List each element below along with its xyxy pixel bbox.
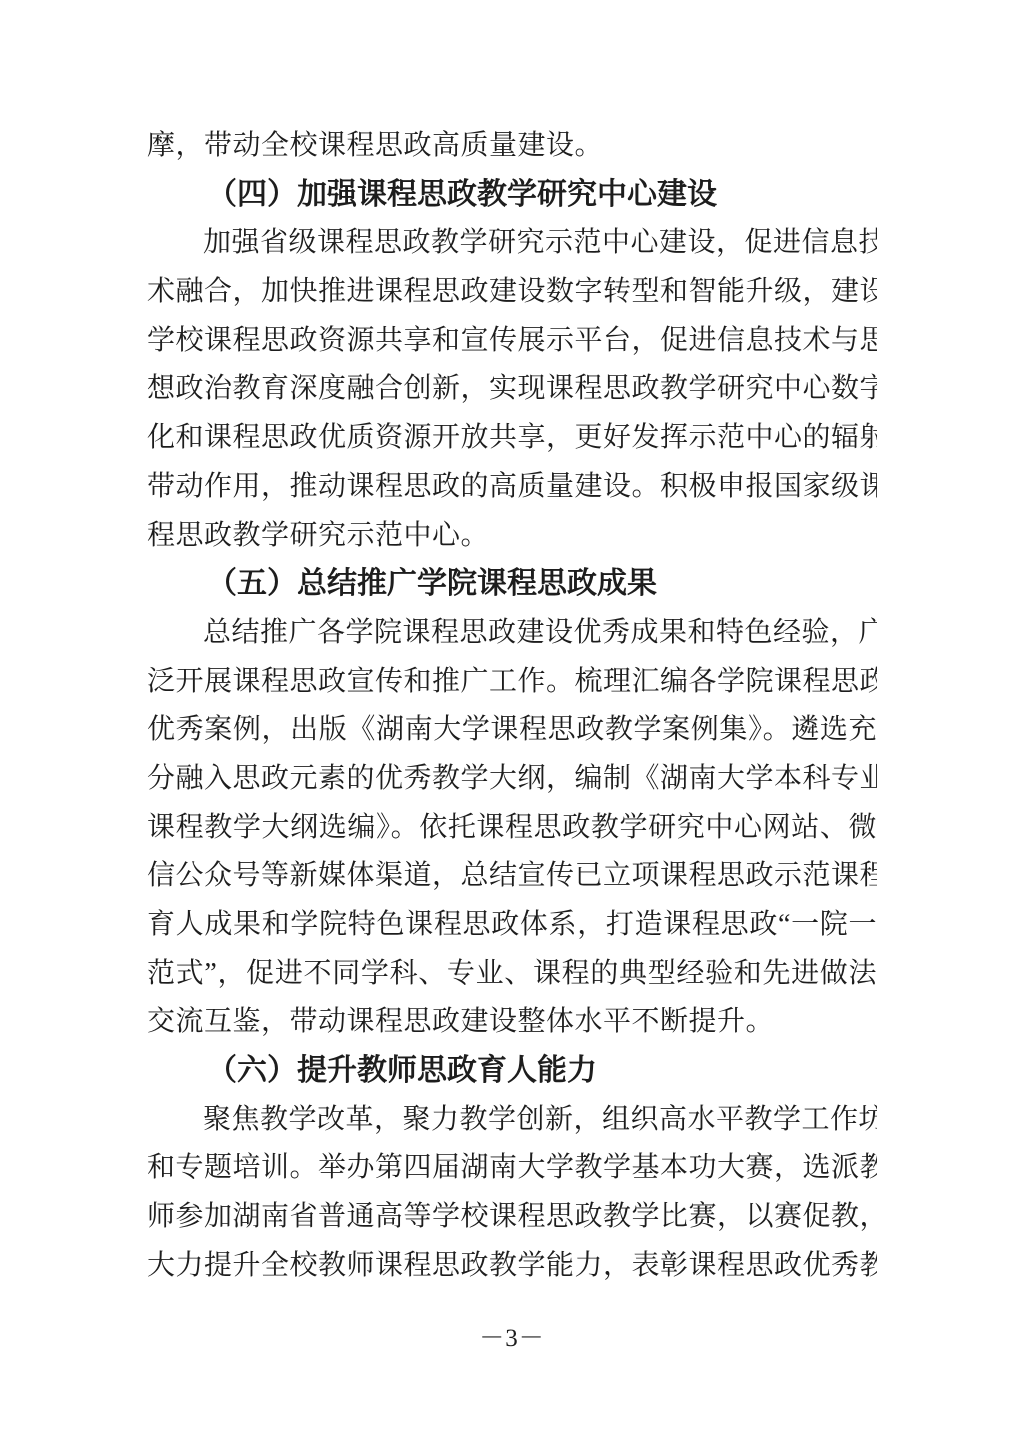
section-paragraph-5: 总结推广各学院课程思政建设优秀成果和特色经验，广泛开展课程思政宣传和推广工作。梳… (147, 609, 877, 1047)
text-line: 学校课程思政资源共享和宣传展示平台，促进信息技术与思 (147, 317, 877, 366)
text-line: 和专题培训。举办第四届湖南大学教学基本功大赛，选派教 (147, 1144, 877, 1193)
text-line: 化和课程思政优质资源开放共享，更好发挥示范中心的辐射 (147, 414, 877, 463)
text-line: 泛开展课程思政宣传和推广工作。梳理汇编各学院课程思政 (147, 658, 877, 707)
paragraph-continuation: 摩，带动全校课程思政高质量建设。 (147, 122, 877, 171)
text-line: 交流互鉴，带动课程思政建设整体水平不断提升。 (147, 998, 877, 1047)
section-heading-4: （四）加强课程思政教学研究中心建设 (147, 171, 877, 220)
section-heading-6: （六）提升教师思政育人能力 (147, 1047, 877, 1096)
section-paragraph-6: 聚焦教学改革，聚力教学创新，组织高水平教学工作坊和专题培训。举办第四届湖南大学教… (147, 1096, 877, 1291)
text-line: 想政治教育深度融合创新，实现课程思政教学研究中心数字 (147, 365, 877, 414)
text-line: 师参加湖南省普通高等学校课程思政教学比赛，以赛促教， (147, 1193, 877, 1242)
text-line: 摩，带动全校课程思政高质量建设。 (147, 122, 877, 171)
text-line: 信公众号等新媒体渠道，总结宣传已立项课程思政示范课程 (147, 852, 877, 901)
text-line: 优秀案例，出版《湖南大学课程思政教学案例集》。遴选充 (147, 706, 877, 755)
text-line: 育人成果和学院特色课程思政体系，打造课程思政“一院一 (147, 901, 877, 950)
document-body: 摩，带动全校课程思政高质量建设。 （四）加强课程思政教学研究中心建设 加强省级课… (147, 122, 877, 1291)
text-line: 带动作用，推动课程思政的高质量建设。积极申报国家级课 (147, 463, 877, 512)
text-line: 总结推广各学院课程思政建设优秀成果和特色经验，广 (147, 609, 877, 658)
text-line: 分融入思政元素的优秀教学大纲，编制《湖南大学本科专业 (147, 755, 877, 804)
text-line: 聚焦教学改革，聚力教学创新，组织高水平教学工作坊 (147, 1096, 877, 1145)
section-paragraph-4: 加强省级课程思政教学研究示范中心建设，促进信息技术融合，加快推进课程思政建设数字… (147, 219, 877, 560)
text-line: 大力提升全校教师课程思政教学能力，表彰课程思政优秀教 (147, 1242, 877, 1291)
section-heading-5: （五）总结推广学院课程思政成果 (147, 560, 877, 609)
text-line: 加强省级课程思政教学研究示范中心建设，促进信息技 (147, 219, 877, 268)
text-line: 程思政教学研究示范中心。 (147, 512, 877, 561)
text-line: 课程教学大纲选编》。依托课程思政教学研究中心网站、微 (147, 804, 877, 853)
page-number: －3－ (0, 1318, 1024, 1360)
document-page: 摩，带动全校课程思政高质量建设。 （四）加强课程思政教学研究中心建设 加强省级课… (0, 0, 1024, 1448)
text-line: 范式”，促进不同学科、专业、课程的典型经验和先进做法 (147, 950, 877, 999)
text-line: 术融合，加快推进课程思政建设数字转型和智能升级，建设 (147, 268, 877, 317)
